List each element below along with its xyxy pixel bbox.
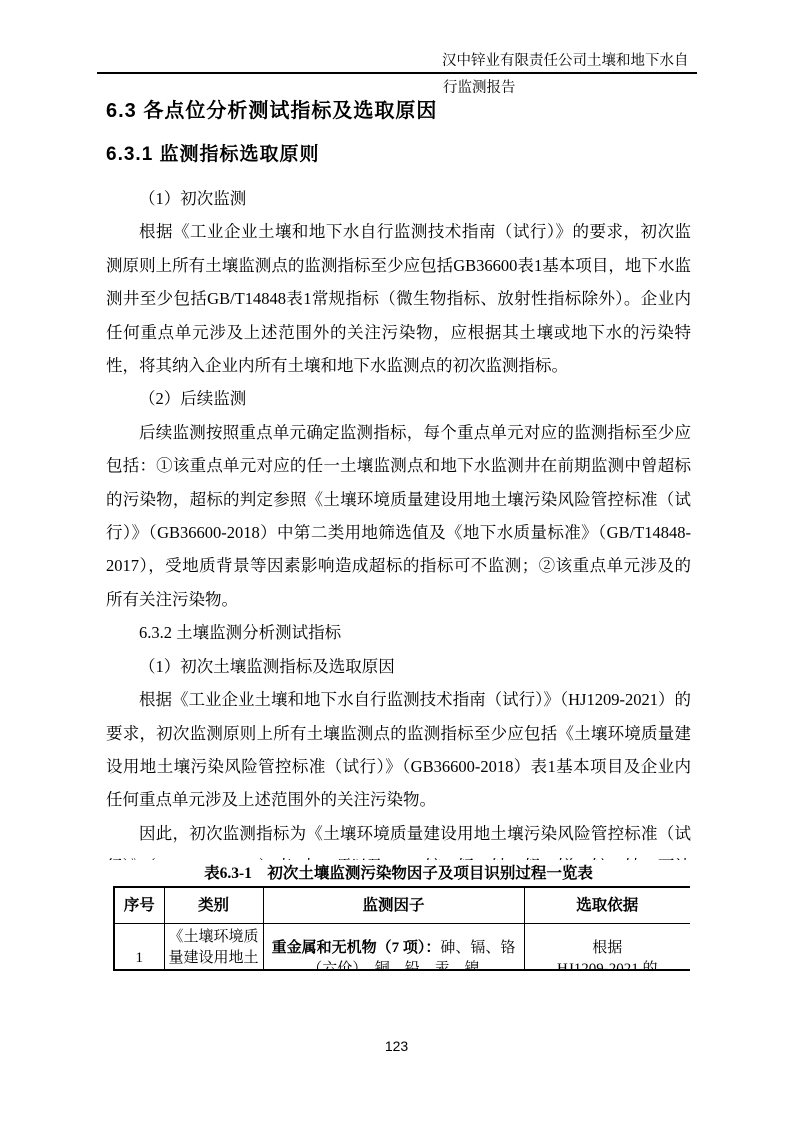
cell-basis: 根据 HJ1209-2021 的	[524, 924, 690, 972]
cell-basis-line2: HJ1209-2021 的	[529, 959, 687, 972]
column-header-basis: 选取依据	[524, 887, 690, 924]
paragraph-initial-monitoring-body: 根据《工业企业土壤和地下水自行监测技术指南（试行）》的要求，初次监测原则上所有土…	[106, 215, 691, 382]
paragraph-followup-monitoring-body: 后续监测按照重点单元确定监测指标，每个重点单元对应的监测指标至少应包括：①该重点…	[106, 416, 691, 616]
paragraph-conclusion-55-items: 因此，初次监测指标为《土壤环境质量建设用地土壤污染风险管控标准（试行）》（GB3…	[106, 817, 691, 860]
paragraph-initial-soil-label: （1）初次土壤监测指标及选取原因	[106, 650, 691, 683]
table-header-row: 序号 类别 监测因子 选取依据	[114, 887, 690, 924]
table-caption: 表6.3-1 初次土壤监测污染物因子及项目识别过程一览表	[106, 861, 691, 883]
factors-table-wrap: 序号 类别 监测因子 选取依据 1 《土壤环境质量建设用地土壤 重金属和无机物（…	[113, 886, 690, 971]
cell-basis-line1: 根据	[529, 938, 687, 959]
section-heading: 6.3 各点位分析测试指标及选取原因	[106, 94, 437, 123]
cell-factor: 重金属和无机物（7 项）：砷、镉、铬（六价）、铜、铅、汞、镍	[263, 924, 524, 972]
header-title-line1: 汉中锌业有限责任公司土壤和地下水自	[442, 49, 689, 70]
factors-table: 序号 类别 监测因子 选取依据 1 《土壤环境质量建设用地土壤 重金属和无机物（…	[113, 886, 690, 971]
header-rule	[97, 72, 697, 74]
table-row: 1 《土壤环境质量建设用地土壤 重金属和无机物（7 项）：砷、镉、铬（六价）、铜…	[114, 924, 690, 972]
cell-factor-bold-part: 重金属和无机物（7 项）：	[272, 940, 441, 956]
paragraph-soil-indicators-heading: 6.3.2 土壤监测分析测试指标	[106, 616, 691, 649]
header-title-line2: 行监测报告	[443, 76, 516, 97]
report-page: 汉中锌业有限责任公司土壤和地下水自 行监测报告 6.3 各点位分析测试指标及选取…	[0, 0, 793, 1122]
column-header-seq: 序号	[114, 887, 164, 924]
page-number: 123	[0, 1038, 793, 1054]
cell-category: 《土壤环境质量建设用地土壤	[164, 924, 263, 972]
paragraph-initial-soil-body: 根据《工业企业土壤和地下水自行监测技术指南（试行）》（HJ1209-2021）的…	[106, 683, 691, 817]
column-header-factor: 监测因子	[263, 887, 524, 924]
subsection-heading: 6.3.1 监测指标选取原则	[106, 139, 320, 166]
column-header-category: 类别	[164, 887, 263, 924]
cell-seq: 1	[114, 924, 164, 972]
body-text-block: （1）初次监测 根据《工业企业土壤和地下水自行监测技术指南（试行）》的要求，初次…	[106, 182, 691, 860]
paragraph-followup-monitoring-label: （2）后续监测	[106, 382, 691, 415]
paragraph-initial-monitoring-label: （1）初次监测	[106, 182, 691, 215]
